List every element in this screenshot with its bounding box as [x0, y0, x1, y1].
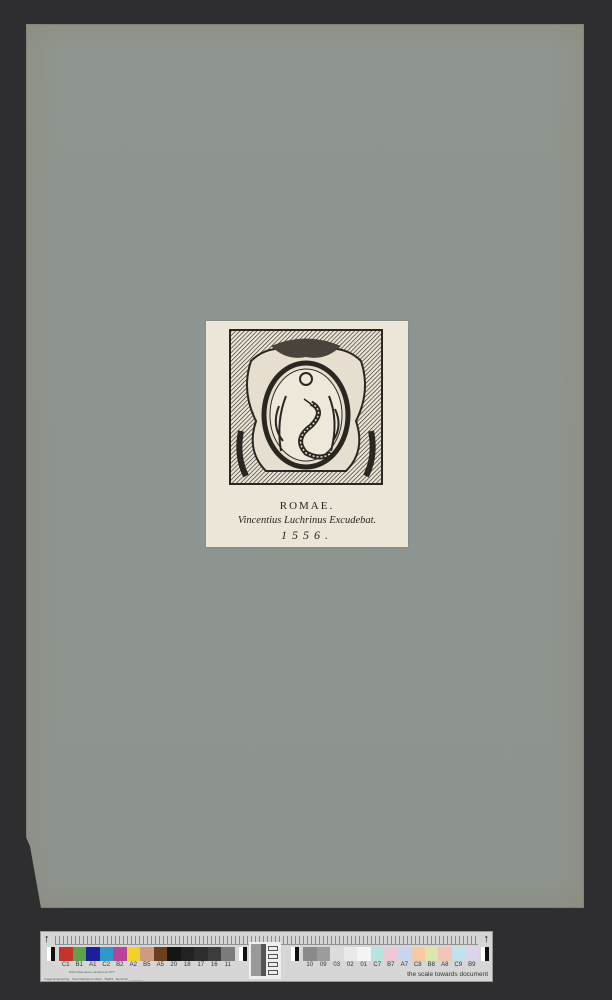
patch-label: B7 [384, 962, 398, 968]
patch-label: C1 [59, 962, 73, 968]
color-patch-A2 [127, 947, 141, 961]
patch-label: 16 [208, 962, 222, 968]
color-patch-C7 [371, 947, 385, 961]
patch-label: B9 [465, 962, 479, 968]
chart-footer: Image Engineering · Scan Reference Chart… [44, 977, 143, 981]
patch-label: C2 [100, 962, 114, 968]
patch-label: C9 [452, 962, 466, 968]
color-patch-03 [330, 947, 344, 961]
patch-label: C7 [371, 962, 385, 968]
patch-label: A2 [127, 962, 141, 968]
patch-label: 20 [167, 962, 181, 968]
color-patch-20 [167, 947, 181, 961]
color-patch-09 [317, 947, 331, 961]
color-patch-B2 [113, 947, 127, 961]
patch-label: 09 [317, 962, 331, 968]
patch-label: A1 [86, 962, 100, 968]
patch-label: A5 [154, 962, 168, 968]
pasted-print: ROMAE. Vincentius Luchrinus Excudebat. 1… [206, 321, 408, 547]
gray-scale-block [249, 942, 281, 979]
caption-printer: Vincentius Luchrinus Excudebat. [206, 515, 408, 526]
right-patch-labels: 1009030201C7B7A7C8B8A8C9B9 [303, 962, 479, 968]
patch-reference-note: Patch Reference numbers on UTT [69, 970, 115, 974]
patch-label: B1 [73, 962, 87, 968]
scale-tagline: the scale towards document [407, 971, 488, 978]
patch-label: 17 [194, 962, 208, 968]
patch-label: C8 [411, 962, 425, 968]
patch-label: 11 [221, 962, 235, 968]
patch-label: B8 [425, 962, 439, 968]
color-calibration-target: ↑ ↑ C1B1A1C2B2A2B5A52018171611 100903020… [40, 931, 493, 982]
color-patch-01 [357, 947, 371, 961]
right-color-patches [303, 947, 479, 961]
mini-gray-patch [47, 947, 55, 961]
color-patch-C1 [59, 947, 73, 961]
color-patch-C2 [100, 947, 114, 961]
color-patch-18 [181, 947, 195, 961]
patch-label: B2 [113, 962, 127, 968]
color-patch-A5 [154, 947, 168, 961]
mini-gray-patch [481, 947, 489, 961]
patch-label: 18 [181, 962, 195, 968]
color-patch-A8 [438, 947, 452, 961]
color-patch-B9 [465, 947, 479, 961]
color-patch-16 [208, 947, 222, 961]
left-patch-labels: C1B1A1C2B2A2B5A52018171611 [59, 962, 235, 968]
left-color-patches [59, 947, 235, 961]
mini-gray-patch [291, 947, 299, 961]
color-patch-B8 [425, 947, 439, 961]
color-patch-11 [221, 947, 235, 961]
color-patch-C9 [452, 947, 466, 961]
color-patch-B7 [384, 947, 398, 961]
patch-label: A7 [398, 962, 412, 968]
color-patch-17 [194, 947, 208, 961]
patch-label: 02 [344, 962, 358, 968]
color-patch-C8 [411, 947, 425, 961]
color-patch-A1 [86, 947, 100, 961]
color-patch-02 [344, 947, 358, 961]
caption-year: 1556. [206, 528, 408, 543]
color-patch-A7 [398, 947, 412, 961]
patch-label: A8 [438, 962, 452, 968]
woodcut-image [231, 331, 381, 483]
color-patch-B5 [140, 947, 154, 961]
mini-gray-patch [239, 947, 247, 961]
caption-city: ROMAE. [206, 500, 408, 512]
printer-device-woodcut [229, 329, 383, 485]
patch-label: 01 [357, 962, 371, 968]
patch-label: 10 [303, 962, 317, 968]
patch-label: 03 [330, 962, 344, 968]
color-patch-10 [303, 947, 317, 961]
color-patch-B1 [73, 947, 87, 961]
arrow-up-icon: ↑ [44, 934, 50, 944]
arrow-up-icon: ↑ [484, 934, 490, 944]
patch-label: B5 [140, 962, 154, 968]
